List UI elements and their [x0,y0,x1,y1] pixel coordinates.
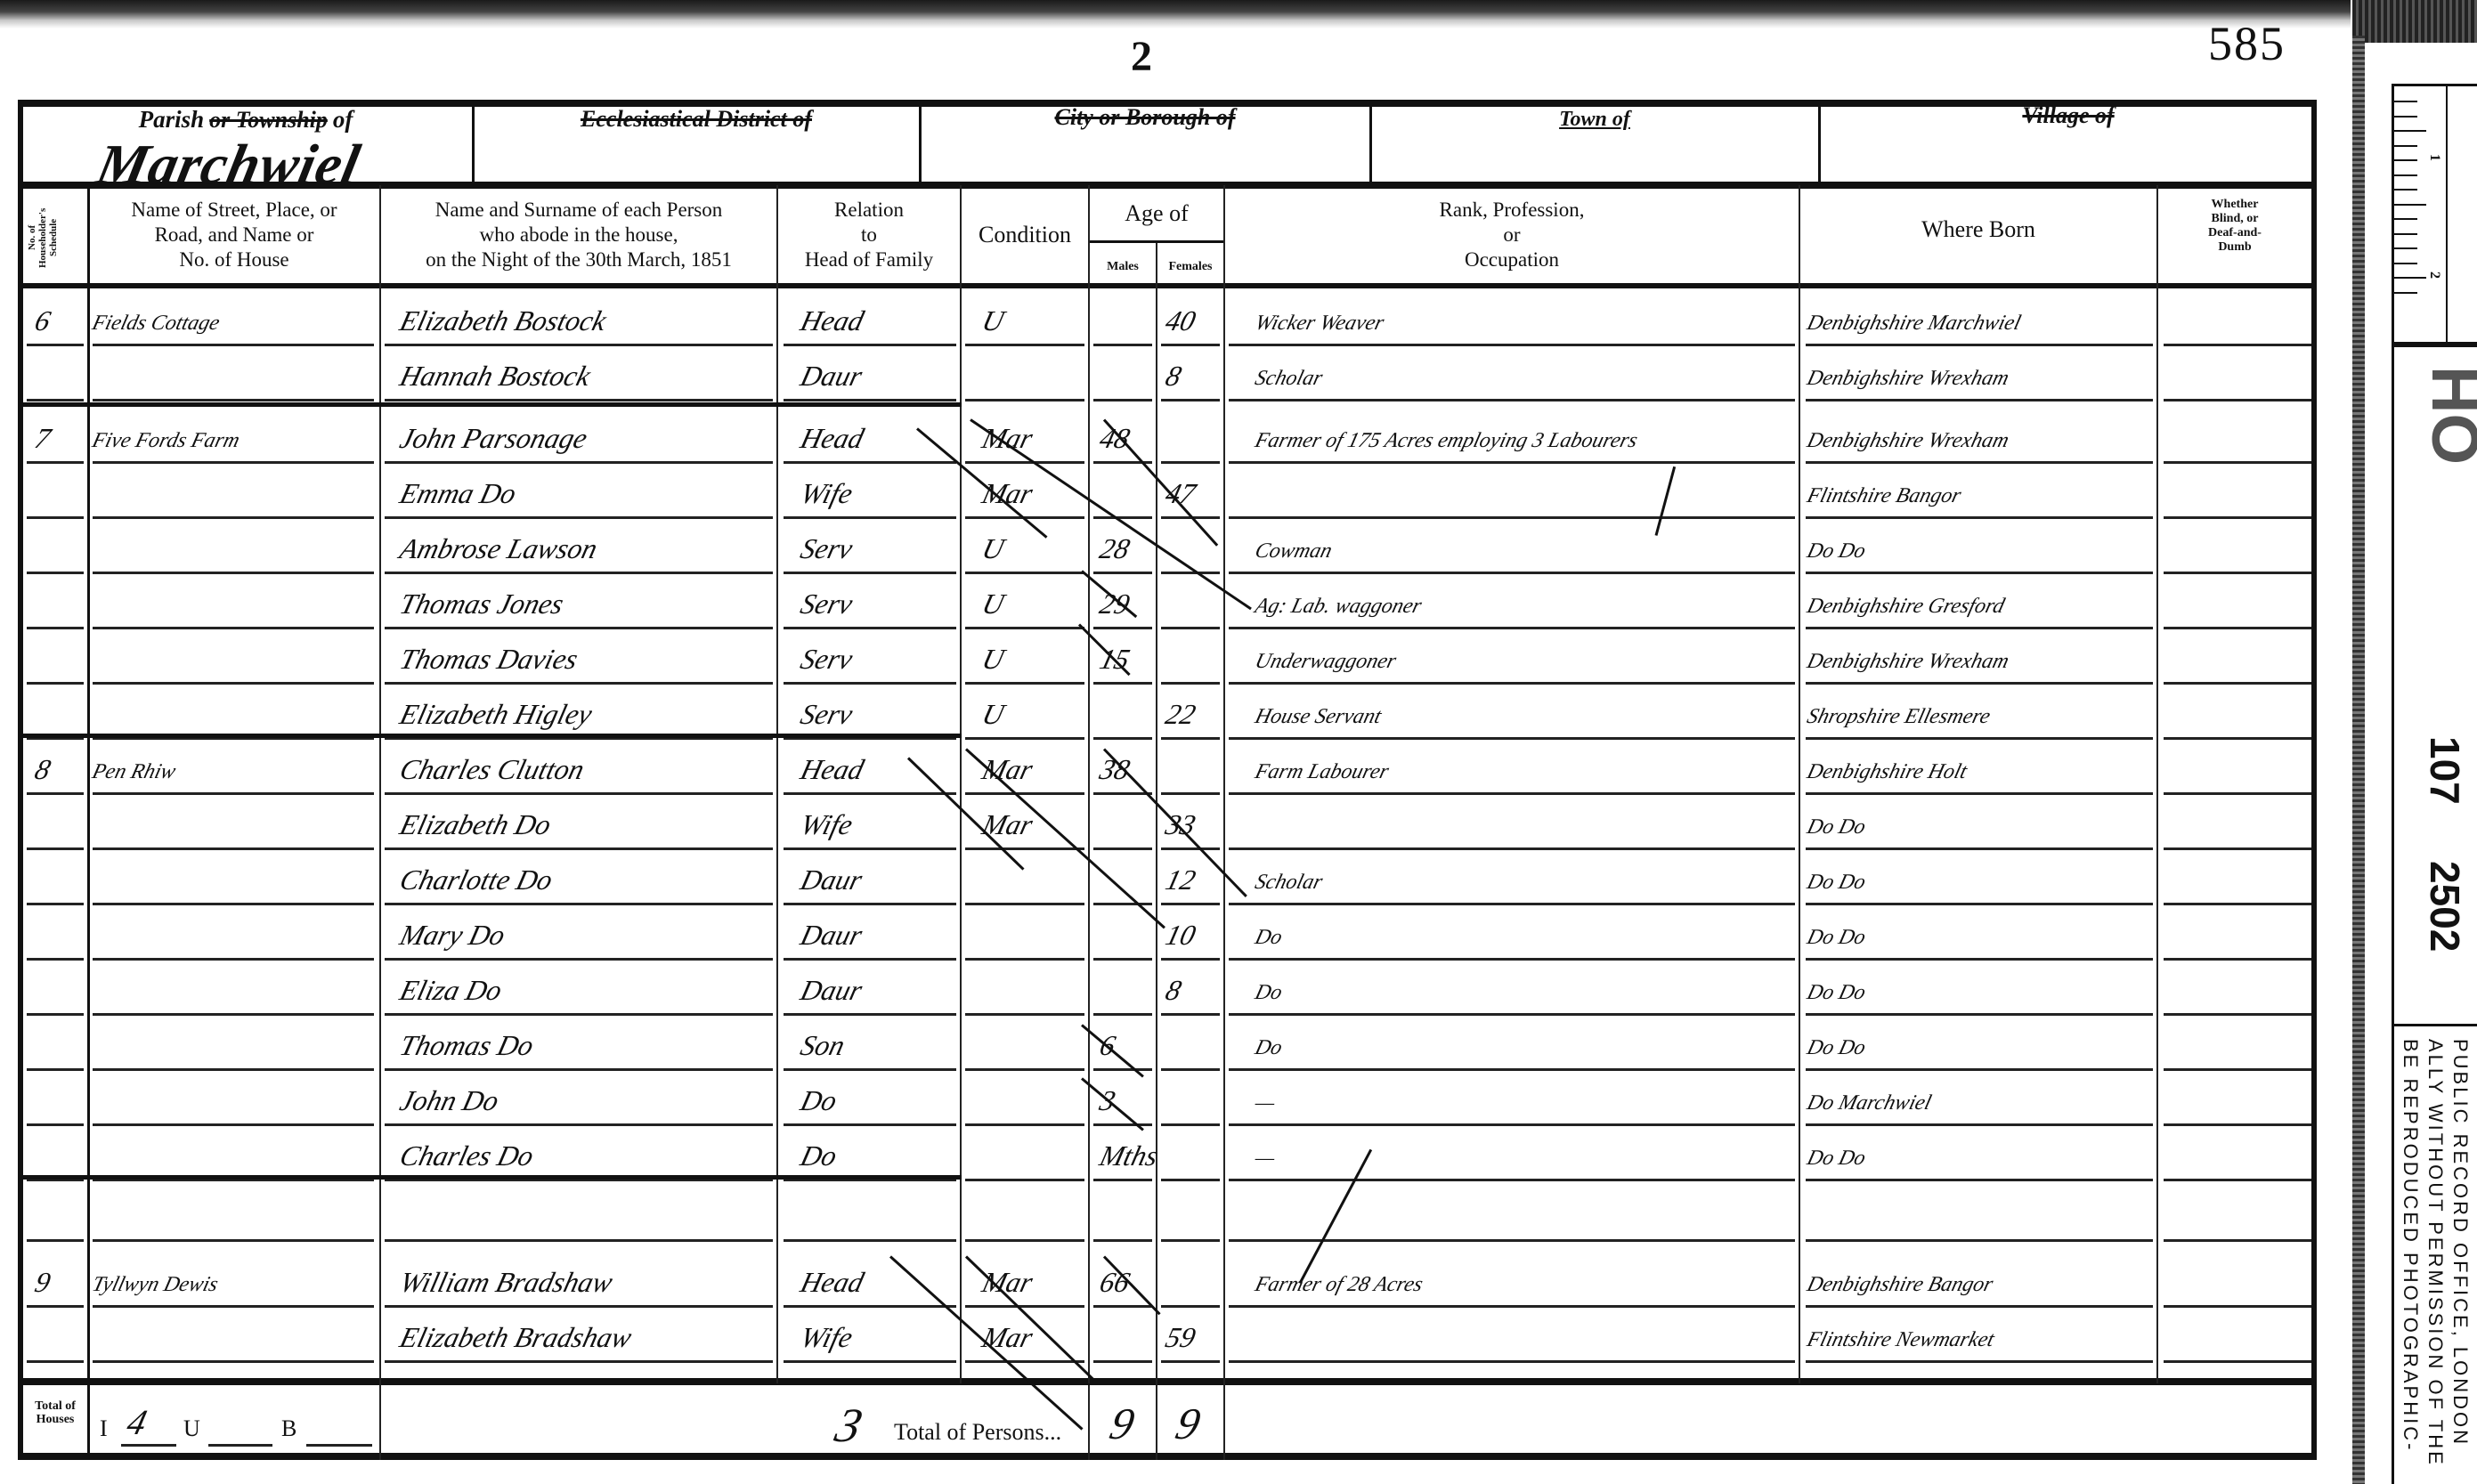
row-rule [1093,1179,1152,1181]
cell-condition: Mar [979,1321,1035,1354]
cell-relation: Wife [797,808,856,841]
row-rule [2164,461,2311,464]
cell-where-born: Flintshire Newmarket [1805,1328,1997,1352]
ruler-label-2: 2 [2426,272,2442,279]
row-rule [784,627,956,629]
ruler-tick [2394,247,2417,249]
column-header-rule [18,283,2317,288]
cell-relation: Daur [797,919,865,952]
row-rule [1229,1305,1795,1308]
row-rule [1806,1123,2153,1126]
row-rule [1806,847,2153,850]
cell-name: John Parsonage [396,422,590,455]
cell-occupation: — [1253,1147,1278,1171]
row-rule [1229,1360,1795,1363]
row-rule [93,682,374,685]
ruler-tick [2394,233,2417,235]
ref-piece: 107 [2421,736,2469,805]
row-rule [1093,1360,1152,1363]
inhabited-label: I [100,1415,108,1442]
cell-where-born: Denbighshire Wrexham [1805,367,2011,391]
divider [1369,100,1372,185]
row-rule [385,682,773,685]
row-rule [1093,344,1152,346]
table-row: Ambrose LawsonServU28CowmanDo Do [0,522,2288,577]
row-rule [1093,737,1152,740]
row-rule [965,1123,1084,1126]
ruler-divider [2446,86,2448,345]
row-rule [1806,1360,2153,1363]
col-line [1088,1385,1090,1460]
cell-condition: U [979,588,1007,620]
row-rule [1161,1068,1220,1071]
scan-corner [2352,0,2477,43]
cell-occupation: Do [1253,1036,1285,1060]
notice-line: BE REPRODUCED PHOTOGRAPHIC- [2398,1039,2423,1467]
row-rule [965,903,1084,905]
table-row: Eliza DoDaur8DoDo Do [0,963,2288,1018]
cell-where-born: Do Do [1805,926,1868,950]
row-rule [1093,847,1152,850]
parish-value: Marchwiel [91,132,366,198]
ruler-tick [2394,263,2417,264]
row-rule [27,1123,84,1126]
cell-street: Tyllwyn Dewis [90,1273,221,1297]
cell-name: John Do [396,1084,502,1117]
ecclesiastical-district-label: Ecclesiastical District of [475,107,917,132]
age-subdivider [1090,240,1223,243]
scan-top-edge [0,0,2477,20]
household-separator [18,402,962,407]
divider [919,100,922,185]
copyright-notice: PUBLIC RECORD OFFICE, LONDON ALLY WITHOU… [2392,1024,2477,1484]
row-rule [1093,958,1152,961]
city-borough-label: City or Borough of [922,105,1368,130]
cell-name: Elizabeth Do [396,808,554,841]
cell-name: Elizabeth Higley [396,698,595,731]
row-rule [1161,1360,1220,1363]
cell-name: Thomas Davies [396,643,581,676]
row-rule [2164,1068,2311,1071]
cell-where-born: Do Do [1805,981,1868,1005]
row-rule [385,958,773,961]
row-rule [93,344,374,346]
cell-street: Pen Rhiw [90,760,178,784]
cell-occupation: Wicker Weaver [1253,312,1386,336]
cell-relation: Serv [797,643,856,676]
row-rule [2164,1013,2311,1016]
row-rule [1806,1239,2153,1242]
row-rule [784,903,956,905]
row-rule [2164,572,2311,574]
row-rule [385,627,773,629]
row-rule [1093,627,1152,629]
table-row: Elizabeth DoWifeMar33Do Do [0,798,2288,853]
cell-condition: U [979,532,1007,565]
col-header-occupation: Rank, Profession, or Occupation [1225,198,1799,272]
cell-where-born: Do Marchwiel [1805,1091,1934,1115]
row-rule [1161,847,1220,850]
row-rule [27,1239,84,1242]
header-line: Relation [778,198,960,223]
header-divider [18,182,2317,189]
row-rule [1093,1068,1152,1071]
divider [472,100,475,185]
table-row: Hannah BostockDaur8ScholarDenbighshire W… [0,349,2288,404]
row-rule [2164,903,2311,905]
row-rule [27,792,84,795]
total-houses-label: Total of Houses [25,1399,85,1426]
cell-where-born: Do Do [1805,539,1868,564]
cell-female-age: 8 [1162,974,1184,1007]
header-line: Name of Street, Place, or [89,198,379,223]
cell-occupation: Scholar [1253,367,1325,391]
row-rule [1806,627,2153,629]
cell-name: Emma Do [396,477,519,510]
col-header-schedule-no: No. of Householder's Schedule [27,198,84,278]
row-rule [2164,344,2311,346]
ruler-tick [2394,159,2417,161]
col-header-name: Name and Surname of each Person who abod… [381,198,776,272]
cell-female-age: 10 [1162,919,1198,952]
cell-relation: Serv [797,532,856,565]
row-rule [784,958,956,961]
table-row: Elizabeth BradshawWifeMar59Flintshire Ne… [0,1310,2288,1366]
row-rule [965,1239,1084,1242]
row-rule [1229,572,1795,574]
row-rule [1229,903,1795,905]
row-rule [1229,344,1795,346]
cell-name: Elizabeth Bradshaw [396,1321,635,1354]
township-struck: or Township [209,107,328,133]
cell-relation: Serv [797,588,856,620]
row-rule [2164,1360,2311,1363]
cell-relation: Daur [797,974,865,1007]
row-rule [93,847,374,850]
cell-female-age: 22 [1162,698,1198,731]
row-rule [965,1068,1084,1071]
row-rule [2164,737,2311,740]
row-rule [1229,737,1795,740]
cell-relation: Son [797,1029,848,1062]
row-rule [1229,1179,1795,1181]
row-rule [784,461,956,464]
header-line: who abode in the house, [381,223,776,247]
cell-name: Hannah Bostock [396,360,594,393]
inhabited-line [121,1444,176,1447]
col-header-where-born: Where Born [1800,217,2156,242]
cell-female-age: 8 [1162,360,1184,393]
header-line: Dumb [2158,240,2311,255]
header-line: Blind, or [2158,212,2311,226]
header-line: Whether [2158,198,2311,212]
parish-label: Parish or Township of [23,107,468,134]
row-rule [965,399,1084,401]
building-line [306,1444,372,1447]
form-bottom-rule [18,1453,2317,1460]
row-rule [1806,1179,2153,1181]
row-rule [784,682,956,685]
cell-name: Charles Do [396,1139,537,1172]
cell-male-age: 29 [1096,588,1133,620]
row-rule [385,1360,773,1363]
cell-occupation: Cowman [1253,539,1335,564]
cell-relation: Head [797,1266,867,1299]
row-rule [385,461,773,464]
row-rule [1161,627,1220,629]
row-rule [2164,1305,2311,1308]
header-line: Head of Family [778,247,960,272]
cell-where-born: Denbighshire Wrexham [1805,650,2011,674]
row-rule [385,1013,773,1016]
row-rule [965,344,1084,346]
cell-condition: Mar [979,422,1035,455]
row-rule [385,572,773,574]
row-rule [1806,399,2153,401]
ruler-tick [2394,204,2426,206]
cell-where-born: Denbighshire Bangor [1805,1273,1995,1297]
cell-where-born: Flintshire Bangor [1805,484,1964,508]
row-rule [1093,1239,1152,1242]
table-row: Mary DoDaur10DoDo Do [0,908,2288,963]
building-label: B [281,1415,296,1442]
cell-schedule: 8 [31,753,53,786]
cell-occupation: Farmer of 28 Acres [1253,1273,1425,1297]
header-line: Road, and Name or [89,223,379,247]
row-rule [784,1360,956,1363]
row-rule [385,1305,773,1308]
cell-occupation: House Servant [1253,705,1384,729]
cell-where-born: Denbighshire Gresford [1805,595,2007,619]
row-rule [1161,1123,1220,1126]
col-header-age: Age of [1090,201,1223,226]
cell-where-born: Denbighshire Marchwiel [1805,312,2024,336]
header-line: Occupation [1225,247,1799,272]
row-rule [1806,1068,2153,1071]
col-header-males: Males [1090,260,1156,274]
row-rule [2164,792,2311,795]
ruler-tick [2394,218,2417,220]
row-rule [784,847,956,850]
cell-male-age: 28 [1096,532,1133,565]
row-rule [965,958,1084,961]
header-line: No. of House [89,247,379,272]
row-rule [784,792,956,795]
row-rule [965,461,1084,464]
cell-female-age: 59 [1162,1321,1198,1354]
row-rule [93,627,374,629]
row-rule [965,1013,1084,1016]
table-row [0,1189,2288,1245]
row-rule [1229,1239,1795,1242]
row-rule [965,737,1084,740]
row-rule [1806,1305,2153,1308]
ruler-tick [2394,101,2417,102]
col-header-blind: Whether Blind, or Deaf-and- Dumb [2158,198,2311,255]
col-header-females: Females [1157,260,1223,274]
measurement-ruler [2392,84,2477,347]
row-rule [1093,1123,1152,1126]
row-rule [1093,682,1152,685]
row-rule [1806,958,2153,961]
row-rule [93,903,374,905]
row-rule [965,1179,1084,1181]
notice-line: ALLY WITHOUT PERMISSION OF THE [2423,1039,2448,1467]
row-rule [1229,682,1795,685]
cell-name: Charlotte Do [396,864,556,896]
cell-where-born: Do Do [1805,1147,1868,1171]
row-rule [965,1360,1084,1363]
row-rule [27,572,84,574]
row-rule [1093,1305,1152,1308]
row-rule [1161,1013,1220,1016]
cell-male-age: Mths [1096,1139,1157,1172]
cell-where-born: Do Do [1805,1036,1868,1060]
row-rule [93,792,374,795]
ruler-tick [2394,189,2417,191]
row-rule [1093,399,1152,401]
cell-relation: Head [797,422,867,455]
row-rule [784,572,956,574]
row-rule [1229,958,1795,961]
row-rule [27,847,84,850]
row-rule [1093,903,1152,905]
col-header-relation: Relation to Head of Family [778,198,960,272]
row-rule [1161,1179,1220,1181]
row-rule [1806,461,2153,464]
row-rule [27,1068,84,1071]
cell-name: William Bradshaw [396,1266,616,1299]
cell-occupation: Scholar [1253,871,1325,895]
cell-relation: Daur [797,360,865,393]
row-rule [27,627,84,629]
row-rule [1229,1123,1795,1126]
header-line: Name and Surname of each Person [381,198,776,223]
scan-edge [2352,36,2365,1484]
row-rule [1806,344,2153,346]
ruler-tick [2394,292,2417,294]
total-persons-label: Total of Persons... [894,1419,1061,1446]
row-rule [93,1360,374,1363]
cell-relation: Serv [797,698,856,731]
row-rule [1093,516,1152,519]
row-rule [385,1123,773,1126]
row-rule [27,903,84,905]
cell-occupation: Underwaggoner [1253,650,1399,674]
cell-condition: U [979,643,1007,676]
row-rule [385,847,773,850]
row-rule [27,399,84,401]
reference-box: HO 107 2502 [2392,342,2477,1026]
header-line: Deaf-and- [2158,226,2311,240]
row-rule [93,1013,374,1016]
household-separator [18,734,962,738]
cell-occupation: — [1253,1091,1278,1115]
row-rule [784,399,956,401]
row-rule [965,792,1084,795]
row-rule [385,344,773,346]
cell-condition: U [979,304,1007,337]
ruler-label-1: 1 [2426,154,2442,161]
row-rule [1229,516,1795,519]
row-rule [784,1239,956,1242]
cell-name: Mary Do [396,919,508,952]
schedule-page-number: 2 [1131,32,1152,81]
ruler-tick [2394,116,2417,118]
row-rule [1229,627,1795,629]
row-rule [385,1239,773,1242]
row-rule [1093,1013,1152,1016]
row-rule [1806,1013,2153,1016]
cell-occupation: Do [1253,926,1285,950]
row-rule [93,461,374,464]
row-rule [1229,399,1795,401]
row-rule [27,461,84,464]
row-rule [965,1305,1084,1308]
table-row: Emma DoWifeMar47Flintshire Bangor [0,466,2288,522]
row-rule [965,627,1084,629]
ruler-tick [2394,277,2426,279]
village-label: Village of [1822,103,2315,128]
row-rule [1161,958,1220,961]
cell-relation: Do [797,1084,840,1117]
header-line: to [778,223,960,247]
row-rule [93,1305,374,1308]
row-rule [784,1068,956,1071]
row-rule [1229,461,1795,464]
row-rule [1161,1305,1220,1308]
row-rule [1161,1239,1220,1242]
table-row: Charlotte DoDaur12ScholarDo Do [0,853,2288,908]
cell-relation: Daur [797,864,865,896]
cell-occupation: Do [1253,981,1285,1005]
row-rule [1806,792,2153,795]
ref-item: 2502 [2421,861,2469,952]
cell-where-born: Denbighshire Wrexham [1805,429,2011,453]
col-header-street: Name of Street, Place, or Road, and Name… [89,198,379,272]
cell-name: Thomas Do [396,1029,537,1062]
row-rule [1161,461,1220,464]
row-rule [1161,572,1220,574]
row-rule [93,399,374,401]
cell-name: Elizabeth Bostock [396,304,609,337]
row-rule [2164,627,2311,629]
header-line: or [1225,223,1799,247]
cell-where-born: Do Do [1805,815,1868,839]
row-rule [784,1013,956,1016]
row-rule [385,792,773,795]
cell-where-born: Do Do [1805,871,1868,895]
cell-where-born: Denbighshire Holt [1805,760,1969,784]
row-rule [2164,958,2311,961]
cell-street: Fields Cottage [90,312,223,336]
cell-relation: Head [797,753,867,786]
row-rule [1229,792,1795,795]
row-rule [27,1013,84,1016]
row-rule [2164,1179,2311,1181]
row-rule [385,516,773,519]
cell-schedule: 6 [31,304,53,337]
table-row: Thomas JonesServU29Ag: Lab. waggonerDenb… [0,577,2288,632]
cell-name: Charles Clutton [396,753,588,786]
row-rule [1161,682,1220,685]
row-rule [2164,1239,2311,1242]
row-rule [1806,682,2153,685]
ruler-tick [2394,145,2417,147]
notice-line: PUBLIC RECORD OFFICE, LONDON [2448,1039,2473,1467]
row-rule [1161,792,1220,795]
row-rule [27,682,84,685]
